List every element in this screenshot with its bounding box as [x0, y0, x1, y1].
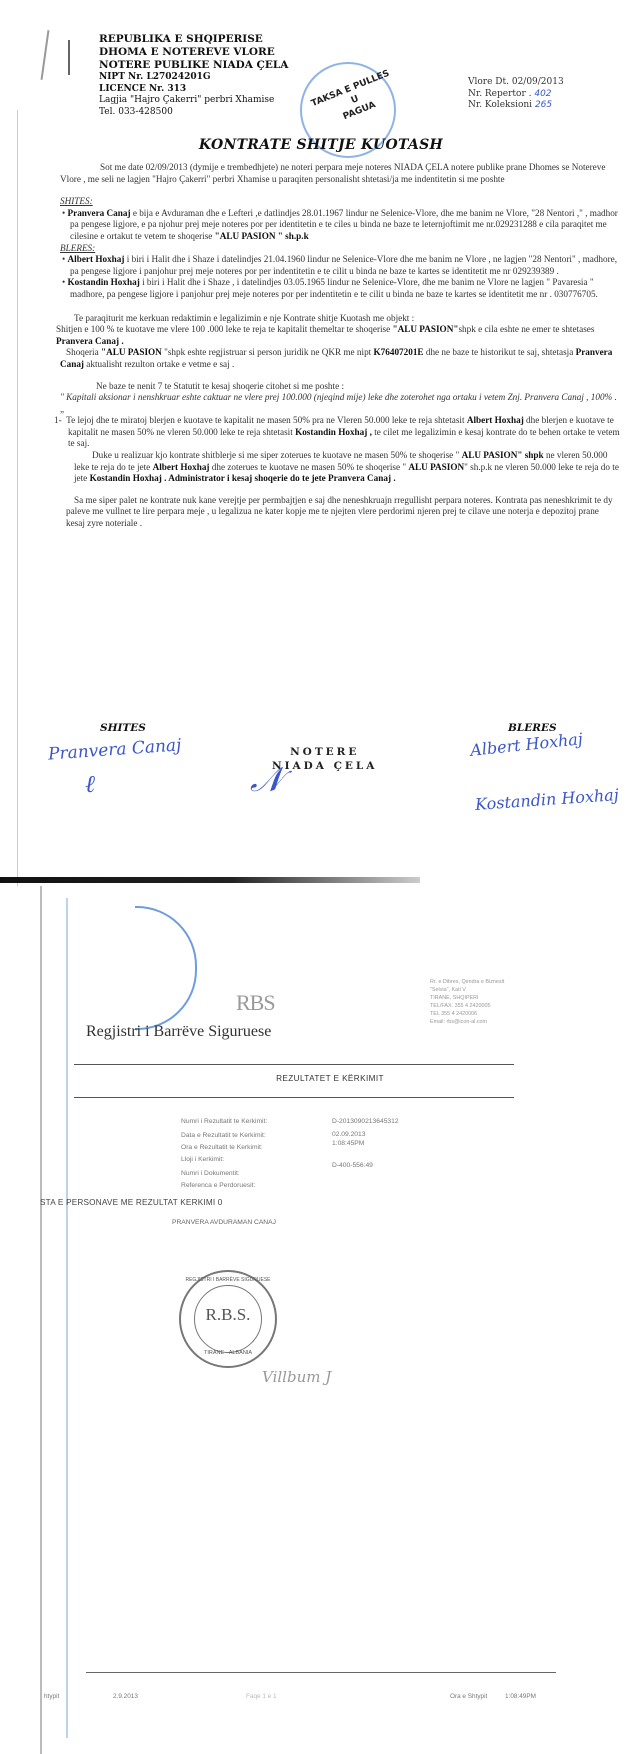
company-name: "ALU PASION " sh.p.k [215, 231, 309, 241]
page-number: Faqe 1 e 1 [246, 1693, 277, 1700]
text: Te lejoj dhe te miratoj blerjen e kuotav… [66, 415, 467, 425]
closing-paragraph: Sa me siper palet ne kontrate nuk kane v… [66, 495, 620, 530]
rbs-logo: RBS [236, 990, 275, 1016]
address-line: Email: rbs@icon-al.com [430, 1018, 504, 1026]
scan-mark [68, 40, 70, 75]
divider [74, 1097, 514, 1098]
company-name: "ALU PASION" [393, 324, 459, 334]
footer-divider [86, 1672, 556, 1673]
text: aktualisht rezulton ortake e vetme e saj… [84, 359, 234, 369]
text: Duke u realizuar kjo kontrate shitblerje… [92, 450, 462, 460]
field-label: Numri i Rezultatit te Kerkimit: [181, 1118, 267, 1125]
field-label: Lloji i Kerkimit: [181, 1156, 224, 1163]
seller-heading: SHITES: [60, 196, 620, 208]
text: Shoqeria [66, 347, 101, 357]
field-label: Numri i Dokumentit: [181, 1170, 240, 1177]
print-time: 1:08:49PM [505, 1693, 536, 1700]
statute-quote: " Kapitali aksionar i nenshkruar eshte c… [60, 392, 620, 415]
notary-signature-block: NOTERE NIADA ÇELA [272, 745, 377, 773]
address-line: "Selvia", Kati V [430, 986, 504, 994]
nipt-number: K76407201E [374, 347, 424, 357]
person-name: Pranvera Canaj . [56, 336, 124, 346]
field-label: Data e Rezultatit te Kerkimit: [181, 1132, 266, 1139]
header-nipt: NIPT Nr. L27024201G [99, 72, 288, 84]
buyer-details: i biri i Halit dhe i Shaze , i datelindj… [70, 277, 598, 299]
address-line: TIRANE, SHQIPERI [430, 994, 504, 1002]
address-line: TEL 355 4 2420006 [430, 1010, 504, 1018]
person-name: Kostandin Hoxhaj , [295, 427, 372, 437]
company-name: ALU PASION" shpk [462, 450, 544, 460]
buyer-heading: BLERES: [60, 243, 620, 255]
repertor-label: Nr. Repertor . [468, 89, 531, 99]
address-line: TEL/FAX. 355 4 2420005 [430, 1002, 504, 1010]
organization-address: Rr. e Dibres, Qendra e Biznesit "Selvia"… [430, 978, 504, 1026]
persons-list-title: STA E PERSONAVE ME REZULTAT KERKIMI 0 [40, 1198, 223, 1207]
header-chamber: DHOMA E NOTEREVE VLORE [99, 46, 288, 59]
contract-body: Sot me date 02/09/2013 (dymije e trembed… [60, 162, 620, 530]
seller-details: e bija e Avduraman dhe e Lefteri ,e datl… [70, 208, 618, 241]
seller-signature-label: SHITES [100, 722, 146, 734]
repertor-value: 402 [534, 89, 551, 99]
clause-1: 1- Te lejoj dhe te miratoj blerjen e kuo… [54, 415, 620, 450]
results-title: REZULTATET E KËRKIMIT [40, 1074, 620, 1083]
company-paragraph: Shoqeria "ALU PASION "shpk eshte regjist… [60, 347, 620, 370]
organization-name: Regjistri i Barrëve Siguruese [86, 1023, 271, 1041]
field-value: 02.09.2013 [332, 1131, 365, 1138]
seller-name: Pranvera Canaj [68, 208, 131, 218]
buyer-entry: • Kostandin Hoxhaj i biri i Halit dhe i … [60, 277, 620, 300]
field-value: D-400-556:49 [332, 1162, 373, 1169]
header-tel: Tel. 033-428500 [99, 107, 288, 119]
text: dhe zoterues te kuotave ne masen 50% te … [209, 462, 408, 472]
notary-title: NOTERE [272, 745, 377, 759]
text: dhe ne baze te historikut te saj, shteta… [424, 347, 576, 357]
print-time-label: Ora e Shtypit [450, 1693, 487, 1700]
contract-page: REPUBLIKA E SHQIPERISE DHOMA E NOTEREVE … [0, 0, 642, 880]
buyer-entry: • Albert Hoxhaj i biri i Halit dhe i Sha… [60, 254, 620, 277]
seller-signature: Pranvera Canaj [47, 735, 182, 764]
rbs-seal: REGJISTRI I BARRËVE SIGURUESE R.B.S. TIR… [179, 1270, 277, 1368]
buyer-name: Albert Hoxhaj [68, 254, 125, 264]
text: "shpk eshte regjistruar si person juridi… [164, 347, 373, 357]
official-signature: Villbum J [262, 1368, 331, 1386]
field-label: Referenca e Perdoruesit: [181, 1182, 255, 1189]
buyer-signature-2: Kostandin Hoxhaj [475, 785, 620, 814]
registry-search-page: RBS Regjistri i Barrëve Siguruese Rr. e … [0, 886, 642, 1754]
seal-center: R.B.S. [181, 1305, 275, 1325]
person-name: Albert Hoxhaj [153, 462, 210, 472]
divider [74, 1064, 514, 1065]
person-name: Albert Hoxhaj [467, 415, 524, 425]
print-date-label: htypit [44, 1693, 59, 1700]
scan-edge [17, 110, 18, 890]
seal-text: REGJISTRI I BARRËVE SIGURUESE [181, 1277, 275, 1283]
document-title: KONTRATE SHITJE KUOTASH [0, 137, 642, 153]
buyer-name: Kostandin Hoxhaj [68, 277, 140, 287]
company-name: ALU PASION [408, 462, 464, 472]
header-notary: NOTERE PUBLIKE NIADA ÇELA [99, 59, 288, 72]
administrator-clause: Kostandin Hoxhaj . Administrator i kesaj… [90, 473, 396, 483]
page-divider [0, 877, 420, 883]
buyer-details: i biri i Halit dhe i Shaze i datelindjes… [70, 254, 617, 276]
field-value: 1:08:45PM [332, 1140, 364, 1147]
text: shpk e cila eshte ne emer te shtetases [458, 324, 594, 334]
text: Shitjen e 100 % te kuotave me vlere 100 … [56, 324, 393, 334]
field-value: D-2013090213645312 [332, 1118, 399, 1125]
realization-paragraph: Duke u realizuar kjo kontrate shitblerje… [74, 450, 620, 485]
header-republic: REPUBLIKA E SHQIPERISE [99, 33, 288, 46]
intro-paragraph: Sot me date 02/09/2013 (dymije e trembed… [60, 162, 620, 185]
notary-signature: 𝒩 [250, 760, 283, 800]
request-paragraph: Te paraqiturit me kerkuan redaktimin e l… [60, 313, 620, 325]
registry-info: Vlore Dt. 02/09/2013 Nr. Repertor . 402 … [468, 77, 564, 112]
clause-number: 1- [54, 415, 62, 425]
object-paragraph: Shitjen e 100 % te kuotave me vlere 100 … [56, 324, 620, 347]
notary-stamp [135, 906, 197, 1030]
company-name: "ALU PASION [101, 347, 164, 357]
scan-mark [41, 30, 50, 80]
page-frame [66, 898, 68, 1738]
seller-entry: • Pranvera Canaj e bija e Avduraman dhe … [60, 208, 620, 243]
document-date: Vlore Dt. 02/09/2013 [468, 77, 564, 89]
koleksioni-value: 265 [535, 100, 552, 110]
field-label: Ora e Rezultatit te Kerkimit: [181, 1144, 263, 1151]
statute-intro: Ne baze te nenit 7 te Statutit te kesaj … [60, 381, 620, 393]
koleksioni-label: Nr. Koleksioni [468, 100, 532, 110]
seller-initials: ℓ [85, 770, 95, 799]
notary-header: REPUBLIKA E SHQIPERISE DHOMA E NOTEREVE … [99, 33, 288, 118]
header-address: Lagjia "Hajro Çakerri" perbri Xhamise [99, 95, 288, 107]
seal-text: TIRANE - ALBANIA [181, 1350, 275, 1356]
scan-edge [40, 886, 42, 1754]
notary-name: NIADA ÇELA [272, 759, 377, 773]
address-line: Rr. e Dibres, Qendra e Biznesit [430, 978, 504, 986]
person-result: PRANVERA AVDURAMAN CANAJ [172, 1219, 276, 1226]
print-date: 2.9.2013 [113, 1693, 138, 1700]
header-licence: LICENCE Nr. 313 [99, 84, 288, 96]
